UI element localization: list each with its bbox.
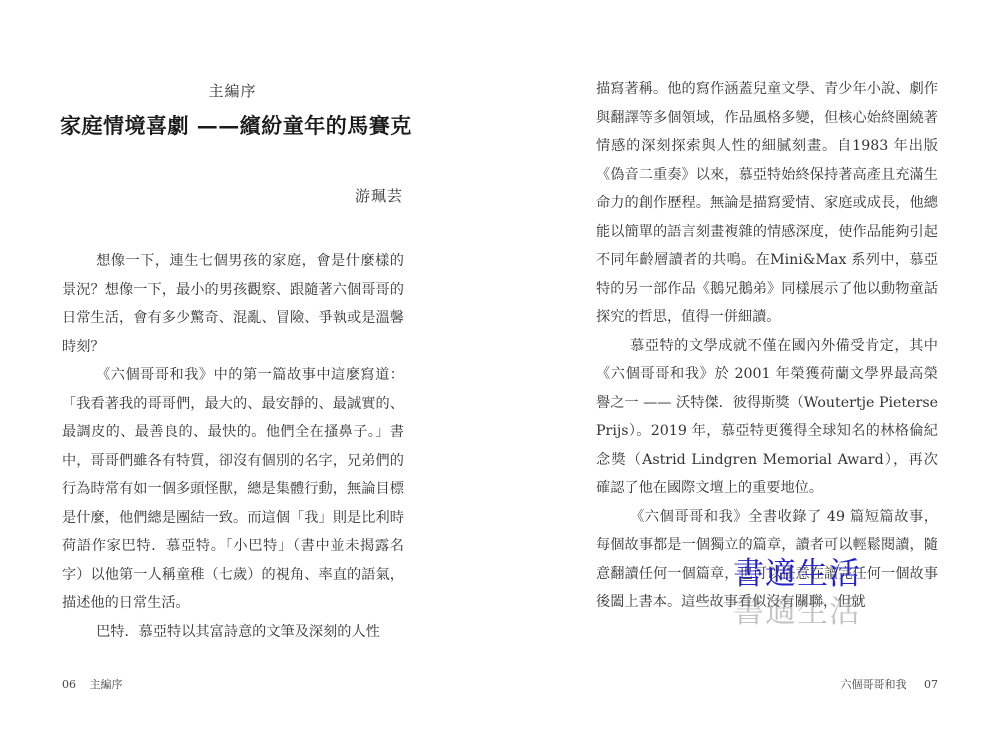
author-name: 游珮芸: [355, 185, 403, 206]
paragraph: 巴特．慕亞特以其富詩意的文筆及深刻的人性: [62, 618, 404, 647]
right-body-text: 描寫著稱。他的寫作涵蓋兒童文學、青少年小說、劇作與翻譯等多個領域，作品風格多變，…: [596, 75, 938, 617]
left-body-text: 想像一下，連生七個男孩的家庭，會是什麼樣的景況？想像一下，最小的男孩觀察、跟隨著…: [62, 247, 404, 646]
running-header-section: 主編序: [90, 678, 123, 691]
paragraph: 《六個哥哥和我》中的第一篇故事中這麼寫道：「我看著我的哥哥們，最大的、最安靜的、…: [62, 361, 404, 618]
paragraph: 《六個哥哥和我》全書收錄了 49 篇短篇故事，每個故事都是一個獨立的篇章，讀者可…: [596, 503, 938, 617]
left-footer: 06 主編序: [62, 676, 123, 692]
section-label: 主編序: [60, 80, 405, 101]
paragraph: 想像一下，連生七個男孩的家庭，會是什麼樣的景況？想像一下，最小的男孩觀察、跟隨著…: [62, 247, 404, 361]
chapter-title: 家庭情境喜劇 ——繽紛童年的馬賽克: [60, 110, 405, 140]
right-footer: 六個哥哥和我 07: [841, 676, 939, 692]
paragraph: 描寫著稱。他的寫作涵蓋兒童文學、青少年小說、劇作與翻譯等多個領域，作品風格多變，…: [596, 75, 938, 332]
right-page: 描寫著稱。他的寫作涵蓋兒童文學、青少年小說、劇作與翻譯等多個領域，作品風格多變，…: [500, 0, 1000, 737]
page-number: 07: [924, 678, 938, 691]
left-page: 主編序 家庭情境喜劇 ——繽紛童年的馬賽克 游珮芸 想像一下，連生七個男孩的家庭…: [0, 0, 500, 737]
page-number: 06: [62, 678, 76, 691]
paragraph: 慕亞特的文學成就不僅在國內外備受肯定，其中《六個哥哥和我》於 2001 年榮獲荷…: [596, 332, 938, 503]
running-header-book-title: 六個哥哥和我: [841, 678, 907, 691]
